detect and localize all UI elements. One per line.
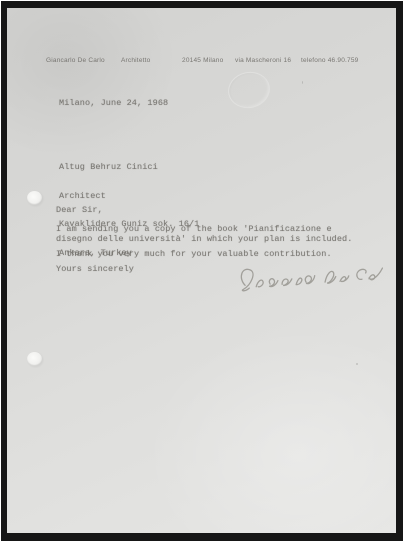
recipient-name: Altug Behruz Cinici xyxy=(59,163,199,173)
letterhead-street: via Mascheroni 16 xyxy=(235,57,291,64)
salutation: Dear Sir, xyxy=(56,205,103,215)
dateline: Milano, June 24, 1968 xyxy=(59,98,168,108)
body-paragraph-1-line-1: I am sending you a copy of the book 'Pia… xyxy=(56,224,332,234)
letter-paper: Giancarlo De Carlo Architetto 20145 Mila… xyxy=(7,8,396,533)
scan-speck xyxy=(302,81,303,84)
scan-speck xyxy=(356,363,358,365)
scanned-letter-page: Giancarlo De Carlo Architetto 20145 Mila… xyxy=(0,0,404,541)
letterhead-city: 20145 Milano xyxy=(182,57,223,64)
punch-hole-bottom xyxy=(27,352,42,366)
letterhead: Giancarlo De Carlo Architetto 20145 Mila… xyxy=(46,57,376,69)
letterhead-sender-title: Architetto xyxy=(121,57,150,64)
closing-phrase: Yours sincerely xyxy=(56,264,134,274)
recipient-title: Architect xyxy=(59,192,199,202)
scan-border-frame: Giancarlo De Carlo Architetto 20145 Mila… xyxy=(1,1,403,541)
letterhead-sender-name: Giancarlo De Carlo xyxy=(46,57,105,64)
body-paragraph-2: I thank you very much for your valuable … xyxy=(56,249,332,259)
punch-hole-top xyxy=(27,191,42,205)
signature-handwriting xyxy=(230,254,387,309)
embossed-seal xyxy=(225,68,274,112)
letterhead-phone: telefono 46.90.759 xyxy=(301,57,358,64)
signature-scrawl-svg xyxy=(230,254,387,304)
body-paragraph-1-line-2: disegno delle università' in which your … xyxy=(56,234,352,244)
